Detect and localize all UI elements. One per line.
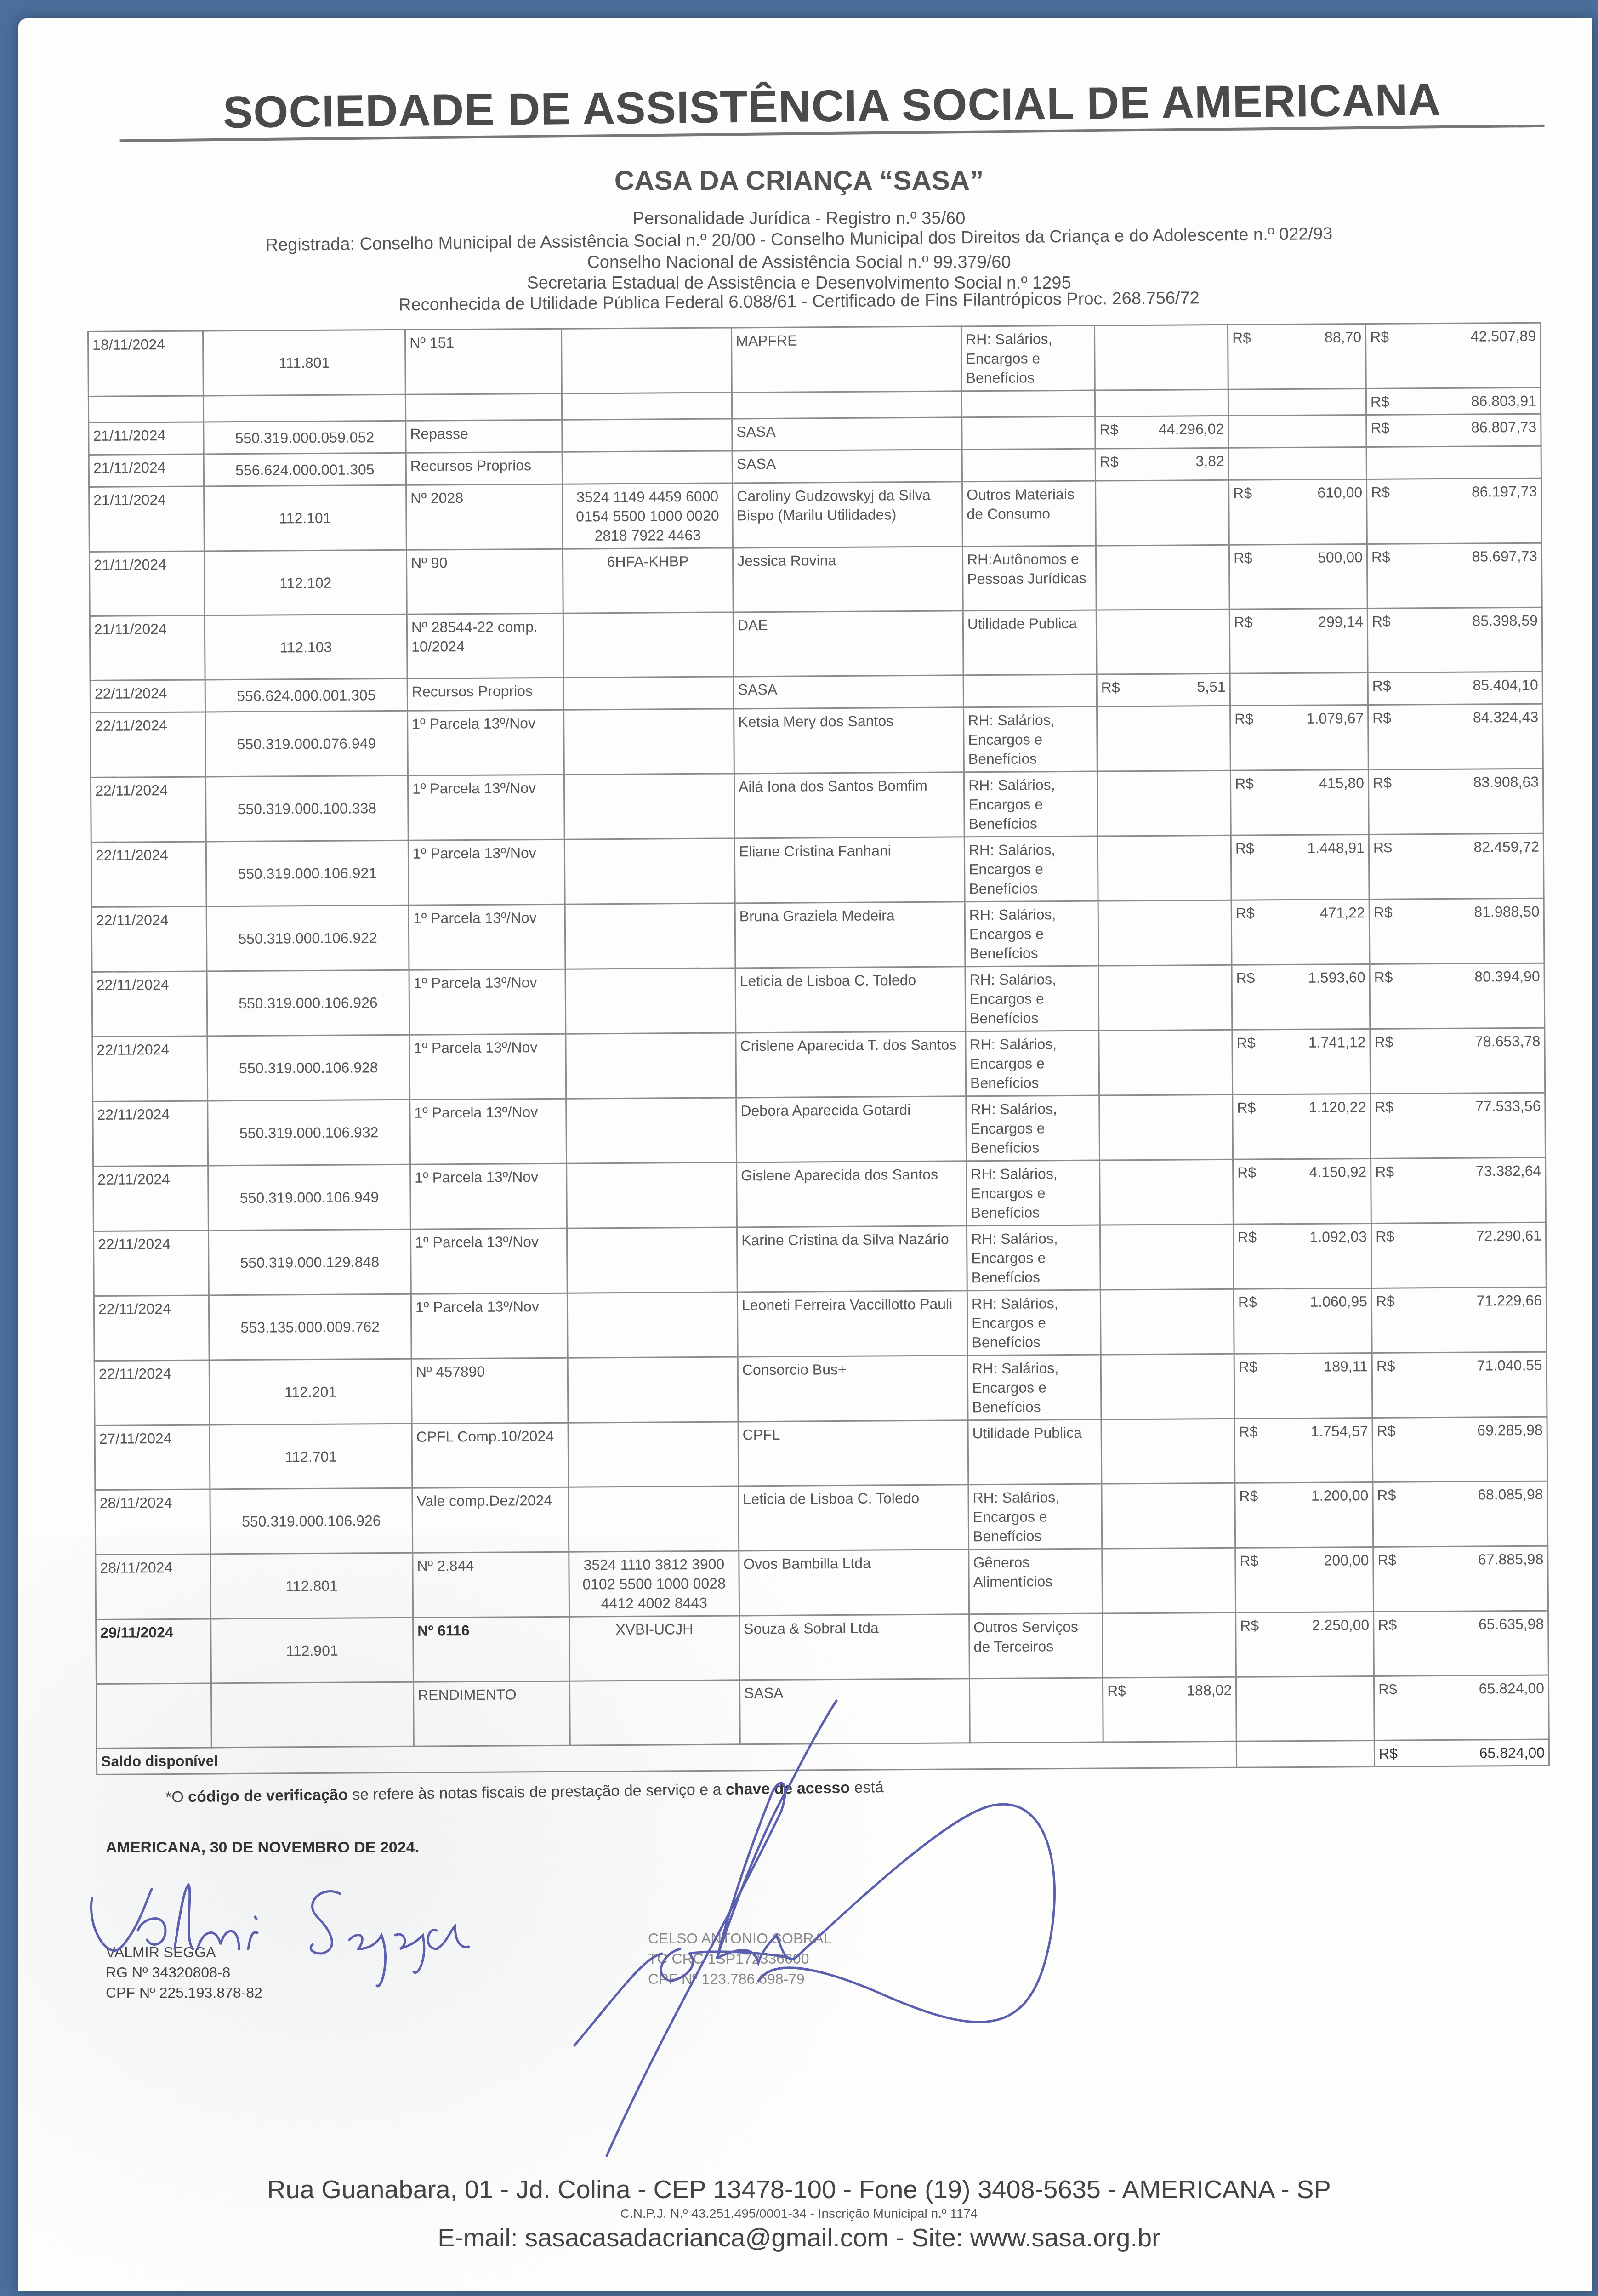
- cell-credit: [1102, 1483, 1235, 1549]
- cell-verification-code: 3524 1149 4459 6000 0154 5500 1000 0020 …: [563, 483, 733, 549]
- cell-category: [969, 1678, 1103, 1743]
- cell-debit: R$1.079,67: [1230, 705, 1369, 770]
- cell-document-number: [211, 1682, 414, 1748]
- cell-date: 22/11/2024: [91, 906, 207, 972]
- cell-date: 21/11/2024: [89, 454, 204, 487]
- cell-balance: R$83.908,63: [1368, 769, 1543, 834]
- cell-verification-code: [567, 1162, 737, 1228]
- cell-verification-code: [565, 968, 736, 1034]
- cell-category: [962, 416, 1095, 450]
- cell-category: RH: Salários, Encargos e Benefícios: [964, 836, 1098, 902]
- cell-verification-code: [569, 1486, 739, 1552]
- cell-debit: [1228, 389, 1366, 416]
- cell-balance: R$73.382,64: [1371, 1157, 1546, 1223]
- cell-verification-code: [568, 1422, 739, 1487]
- signatory-name: VALMIR SEGGA: [106, 1942, 262, 1962]
- cell-reference: CPFL Comp.10/2024: [412, 1423, 569, 1488]
- ledger-table: 18/11/2024111.801Nº 151MAPFRERH: Salário…: [87, 322, 1550, 1775]
- amount: 80.394,90: [1474, 967, 1540, 986]
- cell-verification-code: [566, 1033, 736, 1099]
- ledger-row: 22/11/2024550.319.000.100.3381º Parcela …: [91, 769, 1543, 842]
- cell-category: [962, 449, 1095, 482]
- currency-symbol: R$: [1234, 613, 1253, 632]
- amount: 86.803,91: [1471, 391, 1537, 411]
- currency-symbol: R$: [1376, 1356, 1395, 1376]
- cell-verification-code: [566, 1098, 737, 1163]
- cell-document-number: 556.624.000.001.305: [205, 678, 407, 712]
- cell-reference: Nº 151: [405, 329, 562, 394]
- currency-symbol: R$: [1375, 1162, 1394, 1181]
- cell-debit: R$1.060,95: [1234, 1288, 1372, 1354]
- cell-payee: Eliane Cristina Fanhani: [734, 837, 965, 903]
- amount: 69.285,98: [1477, 1420, 1543, 1440]
- cell-payee: Bruna Graziela Medeira: [735, 902, 965, 968]
- cell-reference: Recursos Proprios: [406, 452, 562, 485]
- ledger-row: 29/11/2024112.901Nº 6116XVBI-UCJHSouza &…: [96, 1611, 1549, 1684]
- cell-date: 22/11/2024: [93, 1101, 208, 1167]
- cell-debit: R$2.250,00: [1236, 1612, 1374, 1677]
- amount: 1.448,91: [1307, 838, 1365, 858]
- amount: 189,11: [1324, 1356, 1368, 1376]
- cell-document-number: 112.102: [204, 550, 407, 615]
- currency-symbol: R$: [1234, 709, 1253, 729]
- cell-credit: [1099, 1094, 1233, 1160]
- cell-verification-code: [564, 838, 735, 904]
- amount: 84.324,43: [1473, 707, 1539, 727]
- cell-balance: R$86.197,73: [1367, 478, 1542, 544]
- amount: 78.653,78: [1475, 1031, 1541, 1051]
- currency-symbol: R$: [1239, 1422, 1258, 1441]
- cell-document-number: 112.801: [210, 1553, 413, 1619]
- registration-line: Conselho Nacional de Assistência Social …: [0, 253, 1598, 273]
- cell-credit: [1099, 1030, 1233, 1095]
- ledger-row: 22/11/2024550.319.000.106.9491º Parcela …: [93, 1157, 1546, 1231]
- cell-payee: SASA: [732, 450, 962, 483]
- cell-verification-code: [567, 1292, 738, 1358]
- amount: 42.507,89: [1471, 326, 1536, 346]
- currency-symbol: R$: [1378, 1615, 1397, 1635]
- cell-reference: 1º Parcela 13º/Nov: [410, 1163, 567, 1229]
- currency-symbol: R$: [1376, 1227, 1394, 1246]
- currency-symbol: R$: [1374, 968, 1393, 987]
- cell-category: RH: Salários, Encargos e Benefícios: [967, 1225, 1100, 1291]
- footer-cnpj: C.N.P.J. N.º 43.251.495/0001-34 - Inscri…: [0, 2206, 1598, 2221]
- cell-credit: [1101, 1419, 1235, 1484]
- ledger-row: 21/11/2024112.102Nº 906HFA-KHBPJessica R…: [89, 543, 1542, 616]
- ledger-row: 22/11/2024550.319.000.106.9321º Parcela …: [93, 1093, 1546, 1166]
- currency-symbol: R$: [1239, 1357, 1257, 1376]
- cell-credit: [1098, 965, 1232, 1031]
- amount: 65.824,00: [1479, 1679, 1545, 1698]
- amount: 299,14: [1318, 612, 1363, 632]
- cell-date: 28/11/2024: [96, 1554, 211, 1620]
- cell-payee: SASA: [732, 417, 962, 451]
- signatory-cpf: CPF Nº 123.786.698-79: [648, 1969, 832, 1989]
- cell-date: 22/11/2024: [92, 1036, 208, 1102]
- amount: 415,80: [1319, 773, 1364, 793]
- currency-symbol: R$: [1373, 773, 1392, 792]
- currency-symbol: R$: [1377, 1486, 1396, 1505]
- cell-category: RH: Salários, Encargos e Benefícios: [967, 1355, 1101, 1420]
- currency-symbol: R$: [1100, 452, 1119, 471]
- amount: 71.229,66: [1476, 1291, 1542, 1310]
- cell-balance: R$85.398,59: [1367, 607, 1542, 672]
- cell-credit: [1095, 389, 1228, 416]
- cell-credit: [1096, 545, 1229, 610]
- cell-payee: Crislene Aparecida T. dos Santos: [736, 1031, 966, 1098]
- ledger-row: 18/11/2024111.801Nº 151MAPFRERH: Salário…: [88, 323, 1541, 396]
- cell-balance: R$80.394,90: [1370, 963, 1545, 1029]
- cell-document-number: 550.319.000.106.926: [207, 970, 409, 1036]
- currency-symbol: R$: [1371, 547, 1390, 567]
- currency-symbol: R$: [1375, 1097, 1393, 1117]
- cell-debit: R$189,11: [1234, 1353, 1372, 1419]
- cell-category: RH: Salários, Encargos e Benefícios: [965, 966, 1099, 1031]
- amount: 1.200,00: [1311, 1486, 1369, 1505]
- cell-date: 22/11/2024: [90, 680, 205, 713]
- cell-debit: [1228, 415, 1366, 448]
- cell-reference: Nº 2.844: [413, 1552, 569, 1618]
- cell-document-number: 550.319.000.100.338: [205, 775, 408, 842]
- cell-reference: 1º Parcela 13º/Nov: [408, 775, 564, 840]
- currency-symbol: R$: [1107, 1681, 1126, 1700]
- cell-category: Utilidade Publica: [968, 1419, 1102, 1485]
- amount: 4.150,92: [1309, 1162, 1367, 1182]
- cell-verification-code: [562, 451, 732, 484]
- amount: 500,00: [1318, 547, 1363, 567]
- cell-document-number: 550.319.000.076.949: [205, 711, 408, 777]
- cell-document-number: 550.319.000.059.052: [204, 421, 406, 454]
- cell-document-number: 112.901: [211, 1618, 414, 1683]
- cell-payee: Leticia de Lisboa C. Toledo: [735, 967, 966, 1033]
- currency-symbol: R$: [1237, 1098, 1256, 1117]
- ledger-row: 22/11/2024112.201Nº 457890Consorcio Bus+…: [94, 1352, 1547, 1425]
- currency-symbol: R$: [1372, 612, 1391, 631]
- cell-category: [963, 674, 1097, 707]
- cell-balance: R$78.653,78: [1370, 1028, 1545, 1094]
- cell-document-number: 550.319.000.106.921: [206, 840, 409, 906]
- cell-date: 22/11/2024: [91, 842, 206, 907]
- currency-symbol: R$: [1372, 708, 1391, 728]
- ledger-row: 21/11/2024112.103Nº 28544-22 comp. 10/20…: [90, 607, 1542, 680]
- cell-date: 22/11/2024: [93, 1166, 209, 1231]
- signatory-right: CELSO ANTONIO SOBRAL TC CRC 1SP172336600…: [648, 1928, 832, 1989]
- footer-contact: E-mail: sasacasadacrianca@gmail.com - Si…: [0, 2222, 1598, 2252]
- cell-document-number: 553.135.000.009.762: [209, 1294, 411, 1360]
- cell-date: 21/11/2024: [89, 486, 205, 552]
- amount: 1.754,57: [1311, 1421, 1368, 1441]
- currency-symbol: R$: [1374, 903, 1393, 922]
- amount: 67.885,98: [1478, 1550, 1544, 1569]
- ledger-row: 22/11/2024550.319.000.129.8481º Parcela …: [93, 1222, 1546, 1296]
- currency-symbol: R$: [1238, 1227, 1257, 1247]
- cell-credit: [1097, 770, 1231, 836]
- cell-debit: R$1.741,12: [1232, 1029, 1371, 1094]
- cell-credit: R$188,02: [1103, 1677, 1236, 1742]
- cell-debit: R$415,80: [1230, 769, 1369, 835]
- currency-symbol: R$: [1099, 420, 1118, 439]
- amount: 72.290,61: [1476, 1226, 1542, 1246]
- cell-balance: [1366, 446, 1541, 479]
- cell-document-number: 550.319.000.106.928: [207, 1035, 410, 1101]
- cell-date: 22/11/2024: [94, 1360, 210, 1426]
- cell-credit: [1097, 706, 1231, 771]
- cell-credit: [1098, 835, 1231, 901]
- currency-symbol: R$: [1240, 1616, 1259, 1635]
- cell-category: Outros Materiais de Consumo: [962, 481, 1096, 547]
- currency-symbol: R$: [1101, 678, 1120, 697]
- cell-credit: [1102, 1548, 1236, 1613]
- available-balance-value: R$65.824,00: [1374, 1739, 1549, 1766]
- cell-balance: R$72.290,61: [1371, 1222, 1546, 1288]
- cell-payee: [732, 391, 961, 419]
- cell-document-number: 112.701: [210, 1424, 412, 1489]
- cell-payee: Gislene Aparecida dos Santos: [737, 1161, 967, 1227]
- cell-reference: 1º Parcela 13º/Nov: [410, 1099, 567, 1164]
- signatory-name: CELSO ANTONIO SOBRAL: [648, 1928, 832, 1948]
- cell-date: 22/11/2024: [91, 777, 206, 843]
- cell-debit: R$1.754,57: [1234, 1418, 1373, 1483]
- cell-reference: RENDIMENTO: [413, 1681, 570, 1746]
- ledger-row: 22/11/2024550.319.000.076.9491º Parcela …: [91, 704, 1543, 777]
- amount: 85.398,59: [1472, 611, 1538, 631]
- currency-symbol: R$: [1370, 327, 1389, 347]
- amount: 86.807,73: [1471, 417, 1537, 437]
- amount: 85.404,10: [1473, 675, 1538, 695]
- ledger-row: 22/11/2024550.319.000.106.9281º Parcela …: [92, 1028, 1545, 1101]
- amount: 73.382,64: [1476, 1161, 1541, 1181]
- amount: 81.988,50: [1474, 902, 1540, 922]
- cell-verification-code: [562, 419, 732, 452]
- cell-debit: R$1.092,03: [1233, 1223, 1371, 1289]
- cell-reference: Nº 90: [406, 549, 563, 614]
- cell-debit: R$610,00: [1229, 479, 1367, 545]
- currency-symbol: R$: [1240, 1551, 1258, 1570]
- cell-debit: R$88,70: [1228, 324, 1366, 390]
- cell-debit: R$4.150,92: [1233, 1158, 1371, 1224]
- amount: 85.697,73: [1472, 547, 1538, 566]
- cell-debit: [1236, 1676, 1374, 1741]
- cell-credit: [1094, 325, 1228, 390]
- cell-date: 29/11/2024: [96, 1619, 211, 1684]
- cell-date: 28/11/2024: [95, 1489, 210, 1555]
- currency-symbol: R$: [1371, 418, 1389, 438]
- cell-debit: R$1.593,60: [1232, 964, 1370, 1030]
- cell-category: RH: Salários, Encargos e Benefícios: [968, 1484, 1102, 1550]
- cell-reference: 1º Parcela 13º/Nov: [409, 969, 566, 1035]
- cell-category: RH: Salários, Encargos e Benefícios: [964, 771, 1098, 837]
- cell-payee: MAPFRE: [731, 326, 961, 393]
- cell-credit: [1096, 480, 1229, 546]
- amount: 5,51: [1197, 677, 1226, 696]
- amount: 471,22: [1320, 903, 1365, 923]
- cell-reference: 1º Parcela 13º/Nov: [409, 904, 565, 970]
- cell-document-number: 112.101: [204, 485, 407, 551]
- signatory-left: VALMIR SEGGA RG Nº 34320808-8 CPF Nº 225…: [106, 1942, 262, 2003]
- ledger-row: 22/11/2024550.319.000.106.9221º Parcela …: [91, 898, 1544, 972]
- place-and-date: AMERICANA, 30 DE NOVEMBRO DE 2024.: [106, 1839, 419, 1857]
- cell-category: RH:Autônomos e Pessoas Jurídicas: [962, 546, 1096, 611]
- signatory-rg: RG Nº 34320808-8: [106, 1962, 262, 1983]
- signatory-cpf: CPF Nº 225.193.878-82: [106, 1983, 262, 2003]
- cell-credit: [1100, 1224, 1234, 1290]
- cell-balance: R$65.824,00: [1374, 1675, 1549, 1740]
- cell-payee: Leoneti Ferreira Vaccillotto Pauli: [737, 1291, 967, 1357]
- cell-reference: Repasse: [406, 420, 562, 453]
- cell-category: RH: Salários, Encargos e Benefícios: [965, 901, 1098, 967]
- currency-symbol: R$: [1235, 774, 1254, 793]
- cell-payee: Caroliny Gudzowskyj da Silva Bispo (Mari…: [733, 482, 963, 548]
- currency-symbol: R$: [1376, 1292, 1395, 1311]
- amount: 65.635,98: [1479, 1614, 1544, 1634]
- cell-balance: R$65.635,98: [1374, 1611, 1549, 1676]
- cell-balance: R$71.040,55: [1372, 1352, 1547, 1418]
- cell-document-number: 550.319.000.106.926: [210, 1488, 413, 1554]
- cell-category: Gêneros Alimentícios: [969, 1549, 1103, 1614]
- ledger-row: 27/11/2024112.701CPFL Comp.10/2024CPFLUt…: [95, 1417, 1547, 1490]
- cell-credit: [1103, 1612, 1236, 1678]
- cell-verification-code: [569, 1680, 740, 1745]
- ledger-row: 22/11/2024550.319.000.106.9261º Parcela …: [92, 963, 1545, 1037]
- cell-document-number: 550.319.000.129.848: [208, 1229, 411, 1295]
- amount: 188,02: [1187, 1681, 1232, 1700]
- cell-debit: R$1.200,00: [1235, 1482, 1373, 1548]
- currency-symbol: R$: [1377, 1421, 1396, 1441]
- amount: 88,70: [1325, 327, 1361, 347]
- cell-category: RH: Salários, Encargos e Benefícios: [967, 1290, 1101, 1356]
- ledger-row: 22/11/2024553.135.000.009.7621º Parcela …: [94, 1287, 1547, 1361]
- cell-payee: Leticia de Lisboa C. Toledo: [739, 1485, 969, 1551]
- cell-balance: R$77.533,56: [1371, 1093, 1546, 1158]
- amount: 1.079,67: [1307, 708, 1364, 728]
- ledger-row: RENDIMENTOSASAR$188,02R$65.824,00: [96, 1675, 1549, 1748]
- cell-reference: 1º Parcela 13º/Nov: [409, 1034, 566, 1100]
- cell-balance: R$82.459,72: [1369, 833, 1544, 899]
- cell-reference: [405, 393, 562, 421]
- cell-debit: R$200,00: [1235, 1547, 1374, 1612]
- subtitle: CASA DA CRIANÇA “SASA”: [0, 165, 1598, 196]
- cell-category: RH: Salários, Encargos e Benefícios: [966, 1095, 1100, 1161]
- cell-verification-code: 3524 1110 3812 3900 0102 5500 1000 0028 …: [569, 1551, 739, 1617]
- cell-balance: R$86.803,91: [1366, 387, 1541, 415]
- cell-verification-code: [561, 328, 732, 393]
- currency-symbol: R$: [1234, 548, 1252, 568]
- cell-credit: [1101, 1354, 1234, 1419]
- cell-document-number: 112.201: [209, 1359, 412, 1425]
- cell-payee: Souza & Sobral Ltda: [739, 1614, 970, 1680]
- amount: 77.533,56: [1475, 1096, 1541, 1116]
- cell-debit: R$471,22: [1231, 899, 1370, 965]
- cell-date: 22/11/2024: [92, 971, 207, 1037]
- cell-verification-code: [563, 677, 734, 710]
- cell-credit: R$5,51: [1097, 673, 1230, 706]
- cell-payee: Ovos Bambilla Ltda: [739, 1550, 969, 1616]
- cell-reference: Nº 457890: [411, 1358, 568, 1424]
- amount: 1.741,12: [1308, 1032, 1366, 1052]
- currency-symbol: R$: [1374, 1032, 1393, 1052]
- cell-credit: [1096, 609, 1230, 674]
- cell-payee: SASA: [739, 1679, 970, 1744]
- ledger-row: 22/11/2024550.319.000.106.9211º Parcela …: [91, 833, 1544, 907]
- currency-symbol: R$: [1237, 1162, 1256, 1182]
- cell-verification-code: [567, 1227, 737, 1293]
- currency-symbol: R$: [1238, 1292, 1257, 1311]
- cell-date: [88, 396, 203, 423]
- cell-verification-code: [568, 1357, 738, 1423]
- amount: 3,82: [1195, 451, 1224, 471]
- ledger-row: 28/11/2024550.319.000.106.926Vale comp.D…: [95, 1481, 1548, 1555]
- cell-reference: Nº 28544-22 comp. 10/2024: [407, 613, 563, 678]
- currency-symbol: R$: [1235, 839, 1254, 858]
- cell-verification-code: XVBI-UCJH: [569, 1616, 740, 1681]
- cell-verification-code: [564, 774, 734, 839]
- cell-document-number: 112.103: [205, 614, 407, 680]
- cell-date: 18/11/2024: [88, 331, 204, 397]
- cell-verification-code: [562, 393, 732, 420]
- cell-debit: [1230, 672, 1368, 706]
- amount: 1.060,95: [1310, 1292, 1367, 1311]
- ledger-row: 21/11/2024112.101Nº 20283524 1149 4459 6…: [89, 478, 1542, 552]
- currency-symbol: R$: [1379, 1744, 1398, 1763]
- cell-credit: [1100, 1289, 1234, 1355]
- cell-payee: Ailá Iona dos Santos Bomfim: [734, 772, 964, 838]
- cell-date: 21/11/2024: [90, 615, 205, 681]
- cell-verification-code: [564, 709, 734, 775]
- cell-credit: R$3,82: [1095, 448, 1228, 481]
- cell-reference: 1º Parcela 13º/Nov: [408, 839, 565, 905]
- cell-category: [961, 390, 1095, 417]
- cell-date: 21/11/2024: [89, 551, 205, 616]
- cell-credit: [1098, 900, 1232, 966]
- cell-balance: R$85.404,10: [1368, 672, 1542, 705]
- cell-date: 21/11/2024: [89, 422, 204, 455]
- amount: 2.250,00: [1312, 1615, 1370, 1635]
- currency-symbol: R$: [1236, 969, 1255, 988]
- cell-reference: 1º Parcela 13º/Nov: [411, 1293, 568, 1359]
- currency-symbol: R$: [1232, 328, 1251, 348]
- footer-address: Rua Guanabara, 01 - Jd. Colina - CEP 134…: [0, 2174, 1598, 2204]
- cell-balance: R$81.988,50: [1369, 898, 1544, 964]
- currency-symbol: R$: [1378, 1680, 1397, 1699]
- cell-payee: Karine Cristina da Silva Nazário: [737, 1226, 967, 1292]
- amount: 71.040,55: [1477, 1356, 1542, 1375]
- cell-date: 22/11/2024: [91, 712, 206, 778]
- cell-document-number: [203, 394, 405, 422]
- currency-symbol: R$: [1236, 904, 1255, 923]
- amount: 1.120,22: [1309, 1097, 1366, 1117]
- cell-verification-code: [563, 612, 734, 678]
- currency-symbol: R$: [1239, 1486, 1258, 1505]
- cell-debit: R$1.120,22: [1233, 1094, 1371, 1159]
- cell-debit: R$500,00: [1229, 544, 1367, 609]
- amount: 65.824,00: [1479, 1743, 1545, 1763]
- cell-credit: R$44.296,02: [1095, 416, 1228, 449]
- signatory-crc: TC CRC 1SP172336600: [648, 1948, 832, 1969]
- currency-symbol: R$: [1377, 1550, 1396, 1570]
- amount: 1.092,03: [1309, 1227, 1367, 1247]
- cell-balance: R$85.697,73: [1367, 543, 1542, 608]
- cell-balance: R$84.324,43: [1368, 704, 1543, 769]
- cell-category: RH: Salários, Encargos e Benefícios: [967, 1160, 1100, 1226]
- currency-symbol: R$: [1233, 484, 1252, 503]
- cell-balance: R$71.229,66: [1371, 1287, 1547, 1353]
- cell-document-number: 550.319.000.106.932: [208, 1100, 410, 1166]
- amount: 86.197,73: [1472, 482, 1537, 501]
- cell-credit: [1100, 1159, 1234, 1225]
- currency-symbol: R$: [1236, 1033, 1255, 1053]
- cell-payee: Consorcio Bus+: [738, 1356, 968, 1422]
- cell-debit: [1228, 447, 1366, 480]
